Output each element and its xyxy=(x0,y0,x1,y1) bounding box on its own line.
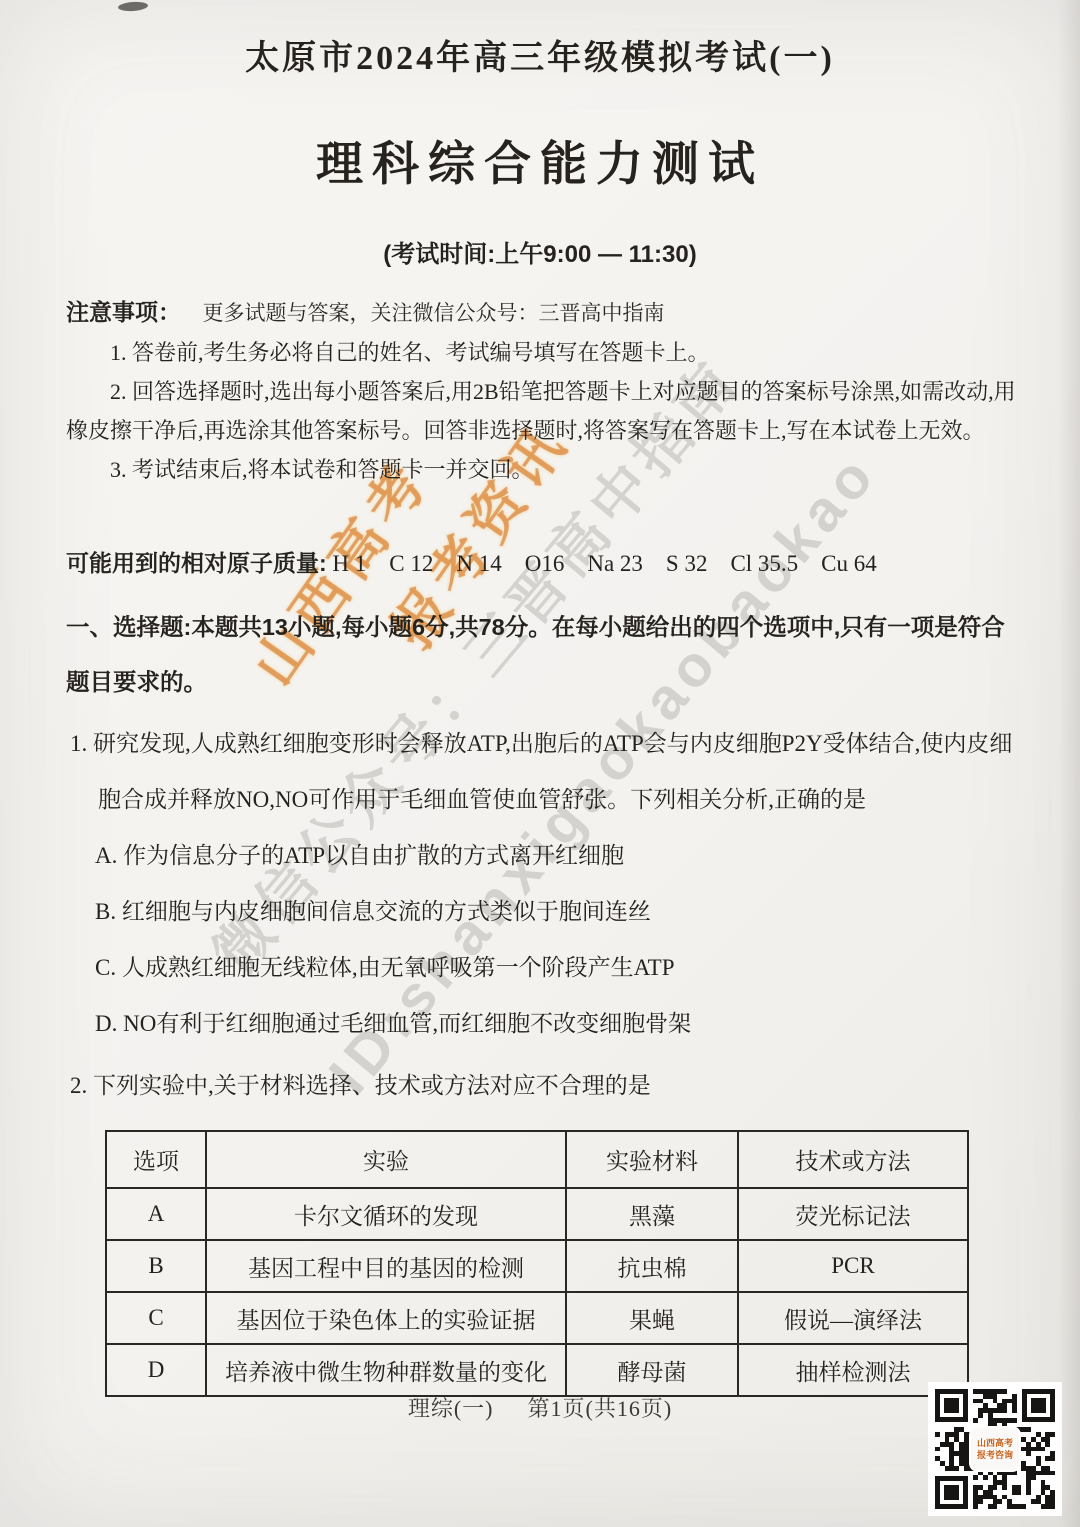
notice-item-2: 2. 回答选择题时,选出每小题答案后,用2B铅笔把答题卡上对应题目的答案标号涂黑… xyxy=(66,372,1020,450)
qr-finder-bottom-left xyxy=(935,1476,968,1509)
table-row: B 基因工程中目的基因的检测 抗虫棉 PCR xyxy=(106,1240,968,1292)
qr-finder-top-right xyxy=(1022,1389,1055,1422)
table-cell: 基因位于染色体上的实验证据 xyxy=(206,1292,566,1344)
table-cell: 黑藻 xyxy=(566,1188,738,1240)
question-1-text: 研究发现,人成熟红细胞变形时会释放ATP,出胞后的ATP会与内皮细胞P2Y受体结… xyxy=(93,731,1012,812)
notice-section: 注意事项： 更多试题与答案，关注微信公众号：三晋高中指南 1. 答卷前,考生务必… xyxy=(66,293,1020,489)
table-cell: B xyxy=(106,1240,206,1292)
table-header-method: 技术或方法 xyxy=(738,1131,968,1188)
question-1: 1. 研究发现,人成熟红细胞变形时会释放ATP,出胞后的ATP会与内皮细胞P2Y… xyxy=(70,716,1024,1052)
subject-title: 理科综合能力测试 xyxy=(0,127,1080,194)
table-cell: D xyxy=(106,1344,206,1396)
footer-page-number: 第1页(共16页) xyxy=(528,1396,673,1421)
footer-paper-name: 理综(一) xyxy=(408,1396,494,1421)
question-2: 2. 下列实验中,关于材料选择、技术或方法对应不合理的是 xyxy=(70,1058,1024,1114)
qr-modules: 山西高考 报考咨询 xyxy=(935,1389,1055,1509)
question-1-option-d: D. NO有利于红细胞通过毛细血管,而红细胞不改变细胞骨架 xyxy=(70,996,1024,1052)
page-footer: 理综(一)第1页(共16页) xyxy=(0,1392,1080,1423)
question-2-stem: 2. 下列实验中,关于材料选择、技术或方法对应不合理的是 xyxy=(70,1058,1024,1114)
notice-item-3: 3. 考试结束后,将本试卷和答题卡一并交回。 xyxy=(66,450,1020,489)
scan-smudge xyxy=(118,1,149,12)
notice-head: 注意事项： 更多试题与答案，关注微信公众号：三晋高中指南 xyxy=(66,293,1020,333)
table-header-experiment: 实验 xyxy=(206,1131,566,1188)
table-row: C 基因位于染色体上的实验证据 果蝇 假说—演绎法 xyxy=(106,1292,968,1344)
experiment-table: 选项 实验 实验材料 技术或方法 A 卡尔文循环的发现 黑藻 荧光标记法 B 基… xyxy=(105,1130,969,1397)
question-1-option-a: A. 作为信息分子的ATP以自由扩散的方式离开红细胞 xyxy=(70,828,1024,884)
table-cell: PCR xyxy=(738,1240,968,1292)
qr-module xyxy=(1050,1504,1055,1509)
table-header-material: 实验材料 xyxy=(566,1131,738,1188)
atomic-mass-values: H 1 C 12 N 14 O16 Na 23 S 32 Cl 35.5 Cu … xyxy=(332,551,876,576)
qr-logo-line1: 山西高考 xyxy=(977,1437,1013,1449)
notice-promo: 更多试题与答案，关注微信公众号：三晋高中指南 xyxy=(203,301,665,325)
atomic-mass-label: 可能用到的相对原子质量: xyxy=(66,550,327,576)
section-one-heading: 一、选择题:本题共13小题,每小题6分,共78分。在每小题给出的四个选项中,只有… xyxy=(66,600,1020,710)
exam-time: (考试时间:上午9:00 — 11:30) xyxy=(0,234,1080,269)
table-cell: 培养液中微生物种群数量的变化 xyxy=(206,1344,566,1396)
table-cell: 卡尔文循环的发现 xyxy=(206,1188,566,1240)
table-cell: A xyxy=(106,1188,206,1240)
exam-title: 太原市2024年高三年级模拟考试(一) xyxy=(0,30,1080,79)
table-cell: C xyxy=(106,1292,206,1344)
table-row: A 卡尔文循环的发现 黑藻 荧光标记法 xyxy=(106,1188,968,1240)
question-1-option-b: B. 红细胞与内皮细胞间信息交流的方式类似于胞间连丝 xyxy=(70,884,1024,940)
atomic-mass-line: 可能用到的相对原子质量: H 1 C 12 N 14 O16 Na 23 S 3… xyxy=(66,545,1020,578)
scan-edge-shadow xyxy=(1058,0,1080,1527)
table-header-row: 选项 实验 实验材料 技术或方法 xyxy=(106,1131,968,1188)
notice-label: 注意事项： xyxy=(66,299,181,325)
table-cell: 抗虫棉 xyxy=(566,1240,738,1292)
question-2-number: 2. xyxy=(70,1073,87,1098)
table-cell: 假说—演绎法 xyxy=(738,1292,968,1344)
exam-paper-page: 微信公众号：三晋高中指南 ID:shanxigaokaobaokao 山西高考 … xyxy=(0,0,1080,1527)
question-1-number: 1. xyxy=(70,731,87,756)
table-cell: 果蝇 xyxy=(566,1292,738,1344)
qr-finder-top-left xyxy=(935,1389,968,1422)
qr-code: 山西高考 报考咨询 xyxy=(928,1382,1062,1516)
table-cell: 酵母菌 xyxy=(566,1344,738,1396)
question-2-text: 下列实验中,关于材料选择、技术或方法对应不合理的是 xyxy=(93,1073,651,1098)
table-cell: 基因工程中目的基因的检测 xyxy=(206,1240,566,1292)
table-cell: 荧光标记法 xyxy=(738,1188,968,1240)
question-1-option-c: C. 人成熟红细胞无线粒体,由无氧呼吸第一个阶段产生ATP xyxy=(70,940,1024,996)
qr-logo-line2: 报考咨询 xyxy=(977,1449,1013,1461)
qr-center-logo: 山西高考 报考咨询 xyxy=(971,1428,1019,1470)
notice-item-1: 1. 答卷前,考生务必将自己的姓名、考试编号填写在答题卡上。 xyxy=(66,333,1020,372)
table-row: D 培养液中微生物种群数量的变化 酵母菌 抽样检测法 xyxy=(106,1344,968,1396)
question-1-stem: 1. 研究发现,人成熟红细胞变形时会释放ATP,出胞后的ATP会与内皮细胞P2Y… xyxy=(70,716,1024,828)
table-header-option: 选项 xyxy=(106,1131,206,1188)
